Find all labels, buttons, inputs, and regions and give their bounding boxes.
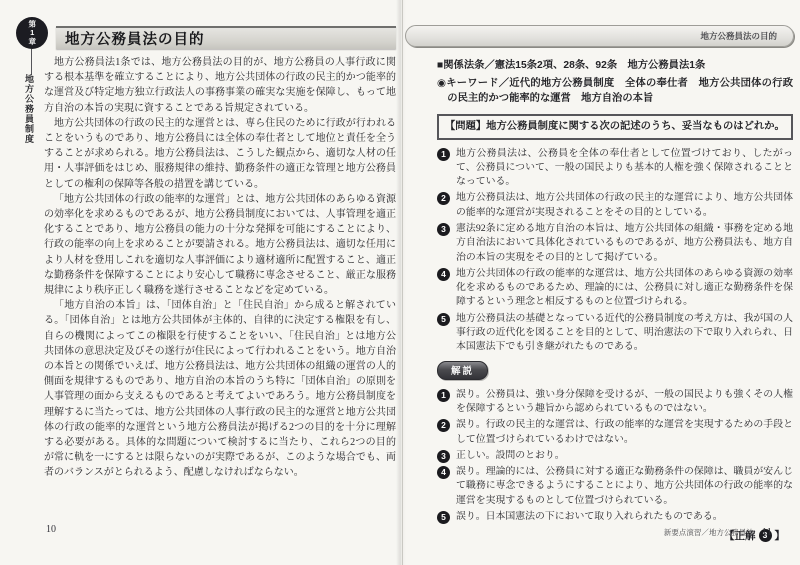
explanation-number-1: 1 [437,389,450,402]
chapter-badge: 第1章 [16,17,48,49]
explanation-text-1: 誤り。公務員は、強い身分保障を受けるが、一般の国民よりも強くその人権を保障すると… [456,388,793,417]
option-number-4: 4 [437,268,450,281]
explanation-text-2: 誤り。行政の民主的な運営は、行政の能率的な運営を実現するための手段として位置づけ… [456,418,793,447]
option-text-2: 地方公務員法は、地方公共団体の行政の民主的な運営により、地方公共団体の能率的な運… [456,191,793,220]
explanation-number-2: 2 [437,419,450,432]
options-list: 1 地方公務員法は、公務員を全体の奉仕者として位置づけており、したがって、公務員… [437,147,793,355]
right-page-body: ■関係法条／憲法15条2項、28条、92条 地方公務員法1条 ◉キーワード／近代… [437,58,793,543]
running-header-label: 地方公務員法の目的 [700,30,777,42]
option-number-2: 2 [437,192,450,205]
option-number-1: 1 [437,148,450,161]
option-item-5: 5 地方公務員法の基礎となっている近代的公務員制度の考え方は、我が国の人事行政の… [437,312,793,355]
option-item-1: 1 地方公務員法は、公務員を全体の奉仕者として位置づけており、したがって、公務員… [437,147,793,190]
option-text-1: 地方公務員法は、公務員を全体の奉仕者として位置づけており、したがって、公務員につ… [456,147,793,190]
option-number-3: 3 [437,223,450,236]
chapter-title-bar: 地方公務員法の目的 [56,26,396,49]
paragraph-4: 「地方自治の本旨」は、「団体自治」と「住民自治」から成ると解されている。「団体自… [44,298,396,480]
page-number-left: 10 [46,524,56,535]
explanations-list: 1 誤り。公務員は、強い身分保障を受けるが、一般の国民よりも強くその人権を保障す… [437,388,793,525]
keywords-line: ◉キーワード／近代的地方公務員制度 全体の奉仕者 地方公共団体の行政の民主的かつ… [437,76,793,107]
paragraph-2: 地方公共団体の行政の民主的な運営とは、専ら住民のために行政が行われることをいうも… [44,116,396,192]
footer-book-title: 新要点演習／地方公務員法 [664,527,754,538]
sidebar-label: 地方公務員制度 [23,74,36,144]
option-item-2: 2 地方公務員法は、地方公共団体の行政の民主的な運営により、地方公共団体の能率的… [437,191,793,220]
paragraph-3: 「地方公共団体の行政の能率的な運営」とは、地方公共団体のあらゆる資源の効率化を求… [44,192,396,298]
explanation-text-3: 正しい。設問のとおり。 [456,449,793,463]
explanation-text-4: 誤り。理論的には、公務員に対する適正な勤務条件の保障は、職員が安んじて職務に専念… [456,465,793,508]
running-header: 地方公務員法の目的 [405,25,794,47]
option-number-5: 5 [437,313,450,326]
page-title: 地方公務員法の目的 [65,28,205,49]
page-footer: 新要点演習／地方公務員法 11 [664,527,772,538]
related-laws-line: ■関係法条／憲法15条2項、28条、92条 地方公務員法1条 [437,58,793,74]
page-gutter [396,0,406,565]
explanation-number-4: 4 [437,466,450,479]
page-number-right: 11 [762,527,772,538]
paragraph-1: 地方公務員法1条では、地方公務員法の目的が、地方公務員の人事行政に関する根本基準… [44,55,396,116]
option-text-5: 地方公務員法の基礎となっている近代的公務員制度の考え方は、我が国の人事行政の近代… [456,312,793,355]
book-spread: 第1章 地方公務員法の目的 地方公務員制度 地方公務員法1条では、地方公務員法の… [0,0,800,565]
option-text-3: 憲法92条に定める地方自治の本旨は、地方公共団体の組織・事務を定める地方自治法に… [456,222,793,265]
answer-suffix: 】 [775,528,786,543]
explanation-item-3: 3 正しい。設問のとおり。 [437,449,793,463]
explanation-number-3: 3 [437,450,450,463]
option-item-3: 3 憲法92条に定める地方自治の本旨は、地方公共団体の組織・事務を定める地方自治… [437,222,793,265]
explanation-item-5: 5 誤り。日本国憲法の下において取り入れられたものである。 [437,510,793,524]
option-text-4: 地方公共団体の行政の能率的な運営は、地方公共団体のあらゆる資源の効率化を求めるも… [456,267,793,310]
explanation-item-4: 4 誤り。理論的には、公務員に対する適正な勤務条件の保障は、職員が安んじて職務に… [437,465,793,508]
explanation-number-5: 5 [437,511,450,524]
left-page-body: 地方公務員法1条では、地方公務員法の目的が、地方公務員の人事行政に関する根本基準… [44,55,396,481]
option-item-4: 4 地方公共団体の行政の能率的な運営は、地方公共団体のあらゆる資源の効率化を求め… [437,267,793,310]
chapter-badge-label: 第1章 [28,20,36,46]
sidebar-connector-line [31,49,32,75]
explanation-item-2: 2 誤り。行政の民主的な運営は、行政の能率的な運営を実現するための手段として位置… [437,418,793,447]
page-gutter-line [402,0,403,565]
explanation-badge: 解説 [437,361,488,380]
explanation-item-1: 1 誤り。公務員は、強い身分保障を受けるが、一般の国民よりも強くその人権を保障す… [437,388,793,417]
problem-box: 【問題】地方公務員制度に関する次の記述のうち、妥当なものはどれか。 [437,114,793,140]
explanation-text-5: 誤り。日本国憲法の下において取り入れられたものである。 [456,510,793,524]
